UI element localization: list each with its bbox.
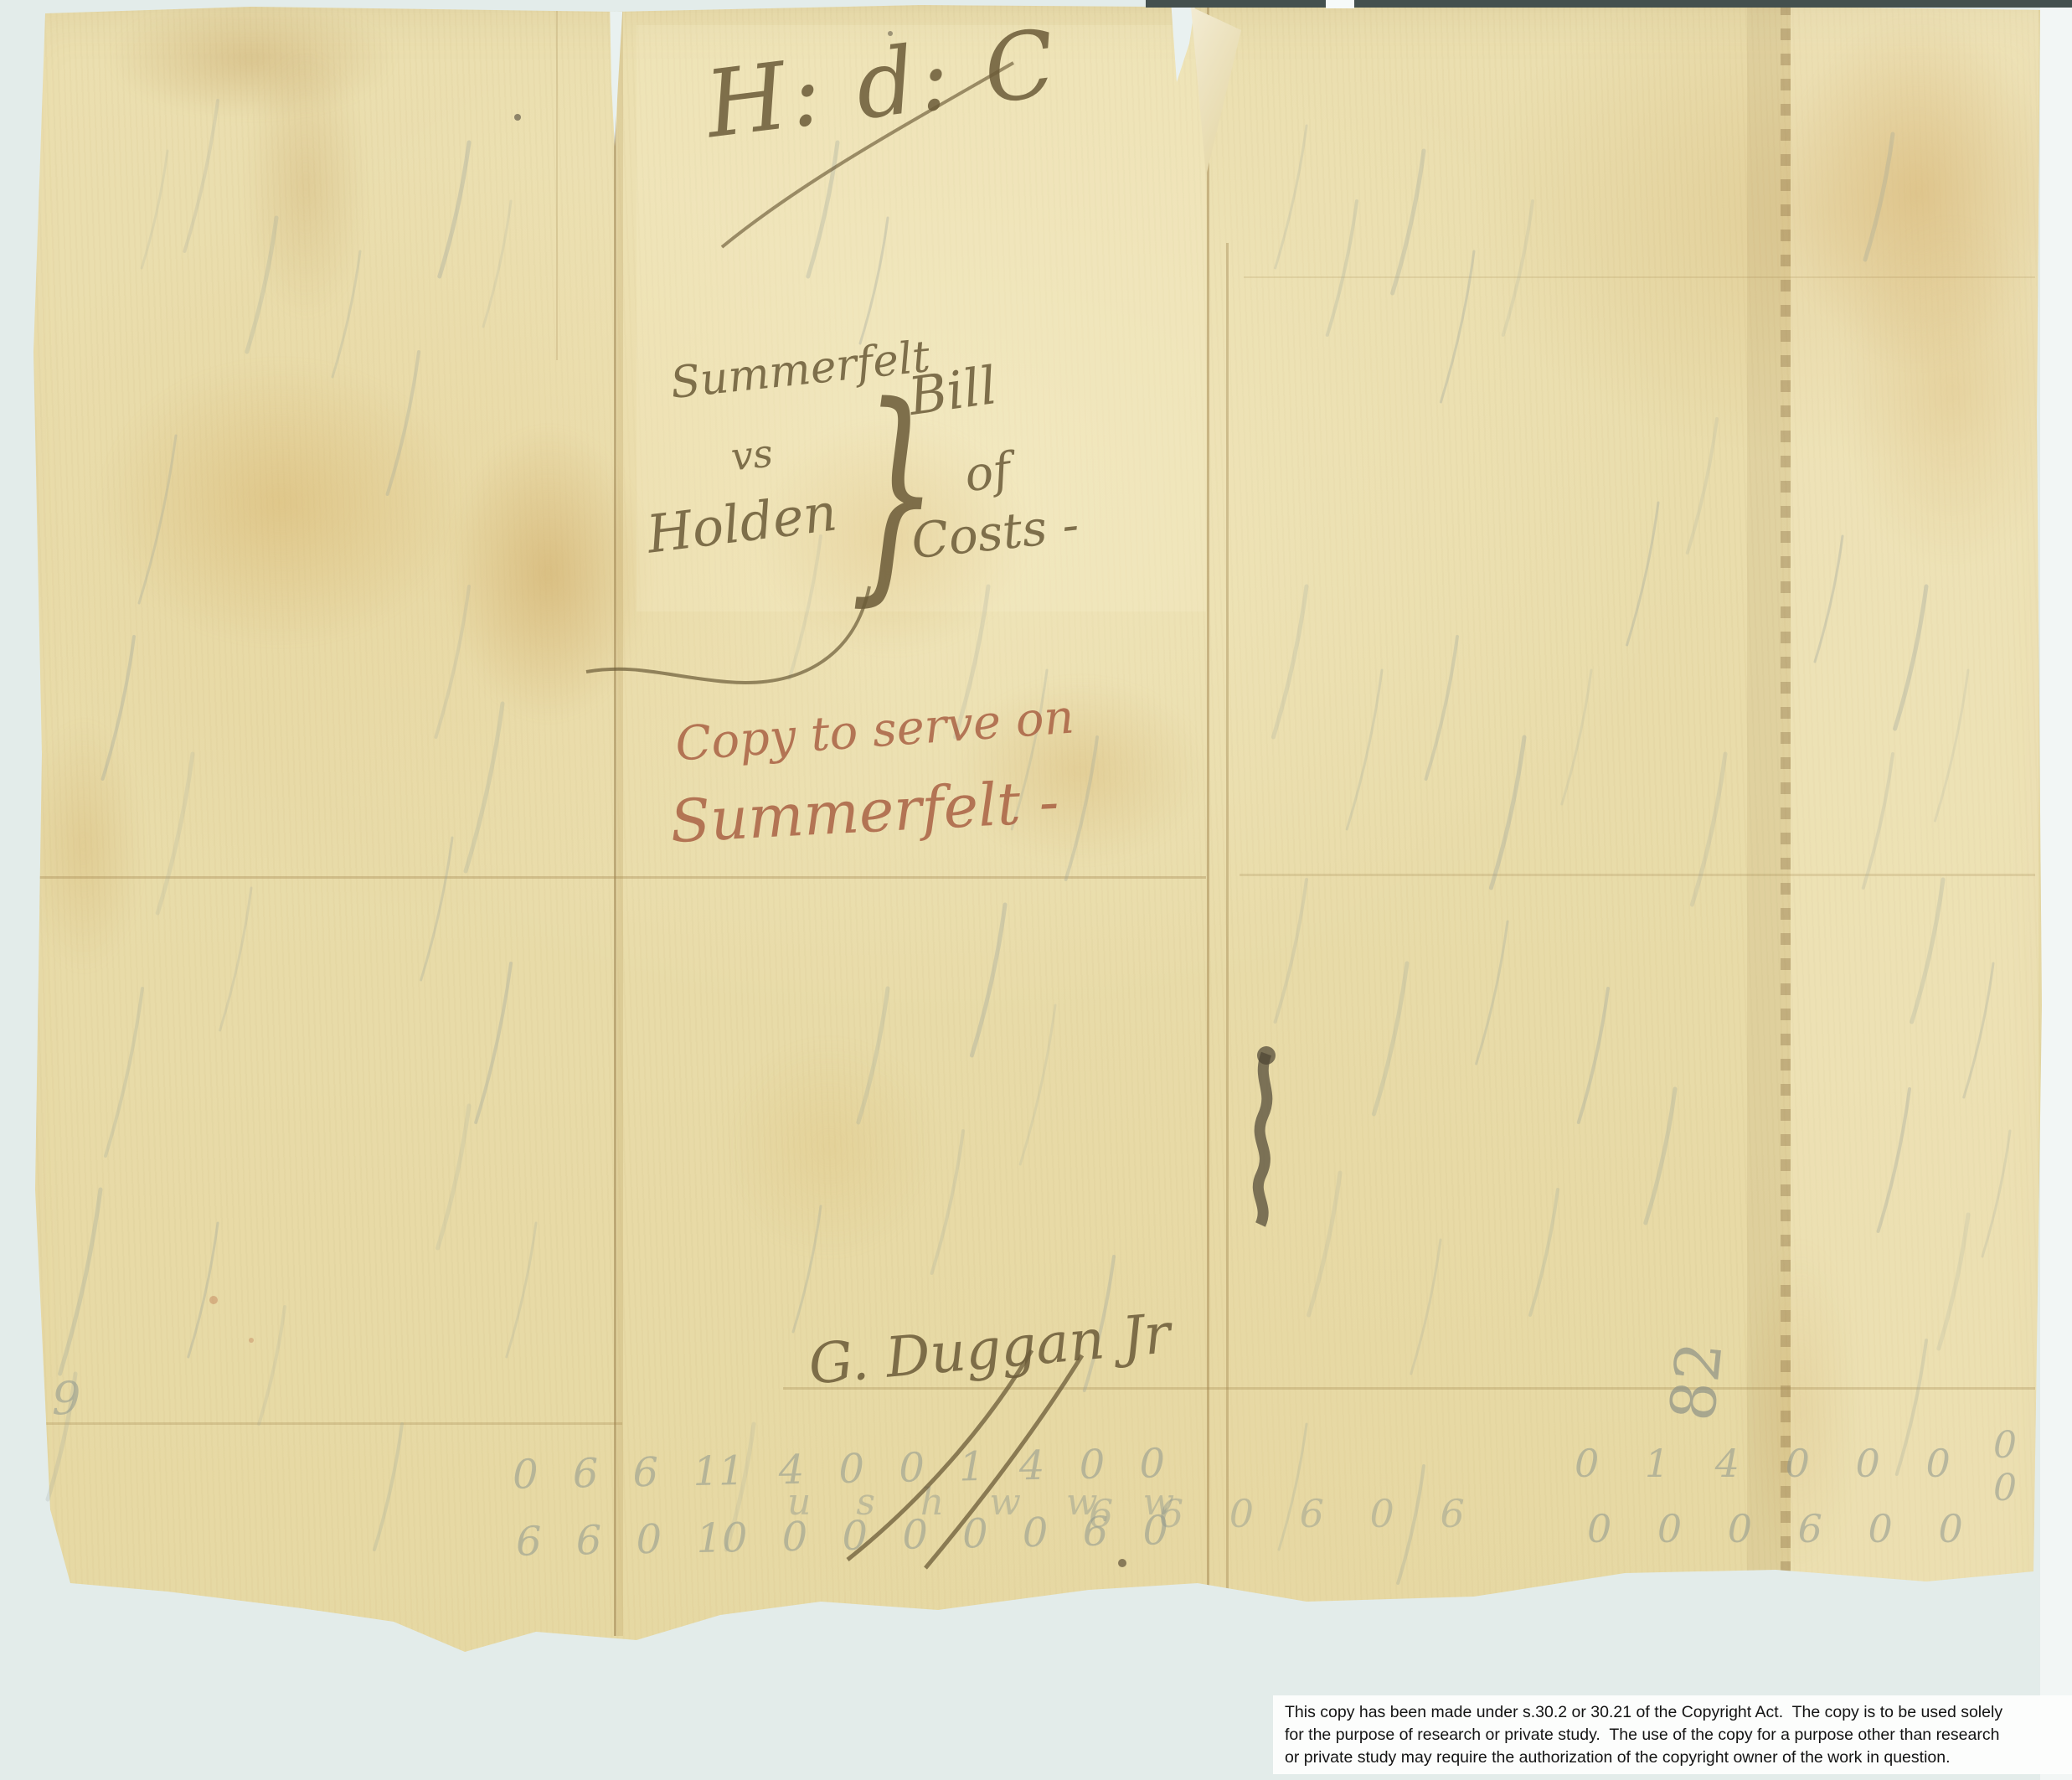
stain-left-edge-mid: [25, 720, 142, 972]
copyright-line-1: This copy has been made under s.30.2 or …: [1285, 1701, 2072, 1724]
pencil-number: 82: [1657, 1339, 1736, 1425]
ghost-digits-row-6: 6 6 0 6 0 6: [1089, 1491, 1465, 1536]
scanner-edge-strip: [2040, 0, 2072, 1780]
fold-line-middle-a: [1207, 7, 1209, 1598]
scanner-lid-gap: [1326, 0, 1354, 8]
crease-horizontal-lower-left: [40, 1422, 622, 1425]
doc-title-bill: Bill: [905, 354, 1000, 427]
ghost-digits-row-4: 0 0 0 6 0 0: [1587, 1506, 1963, 1551]
fold-line-left: [614, 7, 616, 1636]
ghost-digits-row-3: 0 1 4 0 0 0: [1575, 1441, 1951, 1486]
copyright-notice-box: This copy has been made under s.30.2 or …: [1273, 1695, 2072, 1774]
fold-shadow-right: [1747, 3, 1781, 1578]
case-versus: vs: [729, 431, 775, 480]
crease-horizontal-mid-left: [38, 876, 1206, 879]
scanner-lid-strip: [1146, 0, 2072, 8]
panel-tint-right-flap: [1791, 0, 2038, 1583]
crease-horizontal-mid-right: [1240, 874, 2035, 876]
stain-speckle-column: [243, 50, 369, 318]
fold-line-middle-b: [1226, 243, 1229, 1596]
copyright-line-3: or private study may require the authori…: [1285, 1746, 2072, 1769]
copyright-line-2: for the purpose of research or private s…: [1285, 1724, 2072, 1746]
ghost-digits-right-edge: 0 0: [1993, 1424, 2030, 1509]
crease-horizontal-lower: [783, 1387, 2035, 1390]
fold-line-faint-upper: [556, 8, 558, 360]
scanned-document-page: H: d: C Summerfelt vs Holden } Bill of C…: [0, 0, 2072, 1780]
doc-title-of: of: [961, 443, 1014, 503]
fold-line-right: [1781, 3, 1791, 1578]
stain-left-panel: [101, 360, 461, 645]
stain-center-bottom: [720, 1039, 938, 1256]
crease-horizontal-upper-right: [1244, 276, 2035, 278]
fold-shadow-left: [617, 7, 623, 1636]
ghost-digit-left: 9: [52, 1372, 80, 1425]
